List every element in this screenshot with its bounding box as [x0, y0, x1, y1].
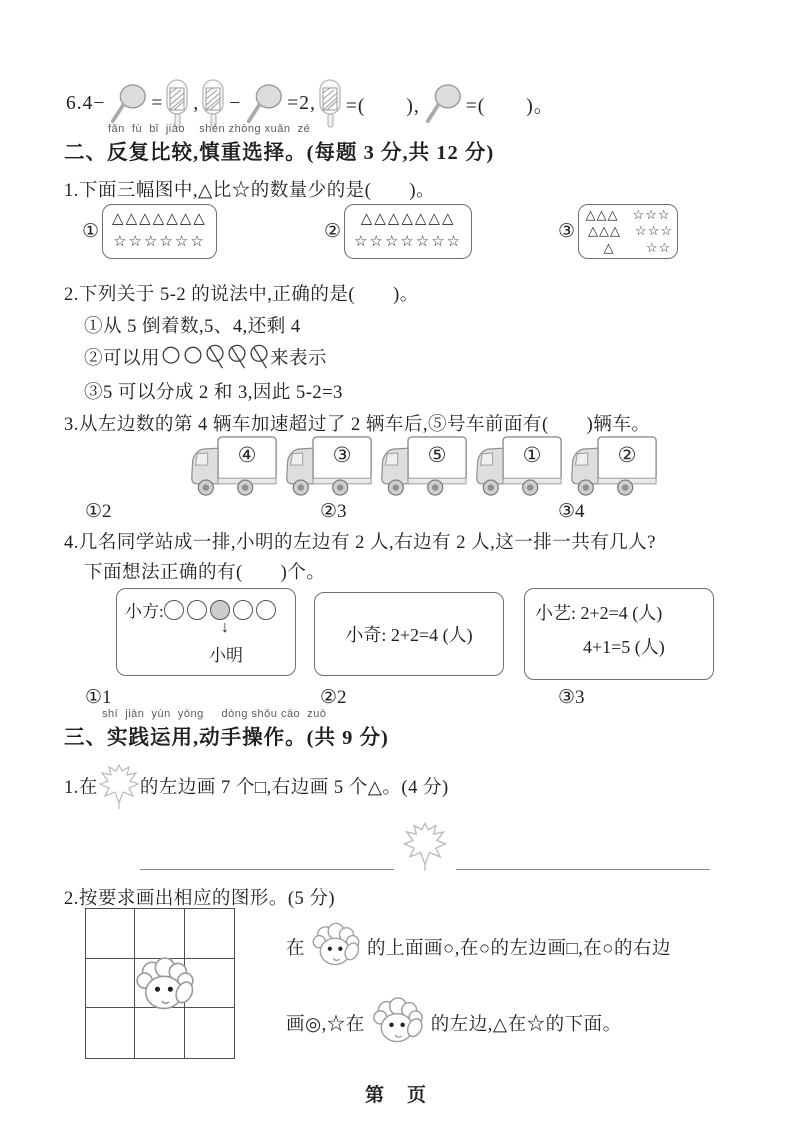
grid-cell	[135, 909, 184, 959]
circle-icon	[160, 345, 182, 369]
star-cluster: ☆☆☆ ☆☆☆ ☆☆	[630, 207, 673, 256]
racket-icon	[422, 82, 464, 126]
s3q1-prefix: 1.在	[64, 773, 98, 799]
truck-number: ④	[218, 443, 276, 468]
xiaofang-name: 小方:	[125, 597, 164, 622]
crossed-circle-icon	[248, 344, 270, 371]
truck-number: ⑤	[408, 443, 466, 468]
circle-icon	[256, 600, 276, 620]
grid-cell	[86, 1008, 135, 1058]
q3-option-1: ①2	[85, 500, 112, 523]
q4-box-xiaoyi: 小艺: 2+2=4 (人) 4+1=5 (人)	[524, 588, 714, 680]
xiaoyi-line-2: 4+1=5 (人)	[583, 633, 713, 659]
triangle-cluster: △△△ △△△ △	[583, 207, 621, 256]
section-3-title: 三、实践运用,动手操作。(共 9 分)	[64, 720, 389, 750]
triangle-row: △△△	[583, 223, 621, 239]
q1-option-2-label: ②	[324, 220, 341, 243]
truck: ⑤	[378, 434, 468, 498]
s3q1-answer-area	[140, 818, 710, 870]
star-row: ☆☆☆	[630, 207, 673, 223]
section-3-question-1: 1.在 的左边画 7 个□,右边画 5 个△。(4 分)	[64, 760, 449, 812]
trucks-row: ④ ③ ⑤	[188, 434, 658, 498]
section-2-header: fǎn fù bǐ jiào shèn zhòng xuǎn zé 二、反复比较…	[64, 123, 494, 165]
q1-option-1-box: △△△△△△△ ☆☆☆☆☆☆	[102, 204, 217, 259]
q6-blank-2: =( )。	[466, 90, 555, 118]
q6-text-3: ,	[193, 93, 199, 115]
circle-icon	[233, 600, 253, 620]
q4-option-2: ②2	[320, 686, 347, 709]
circle-icon	[187, 600, 207, 620]
s3q2-line-1: 在 的上面画○,在○的左边画□,在○的右边	[286, 918, 786, 976]
xiaoming-label: 小明	[209, 641, 243, 666]
q1-option-3-box: △△△ △△△ △ ☆☆☆ ☆☆☆ ☆☆	[578, 204, 678, 259]
q2-option-2-prefix: ②可以用	[84, 344, 160, 370]
q6-text-4: −	[229, 93, 241, 115]
xiaofang-row: 小方:	[117, 589, 295, 622]
q6-blank-1: =( ),	[346, 90, 420, 118]
circle-icon	[182, 345, 204, 369]
q4-box-xiaofang: 小方: ↓ 小明	[116, 588, 296, 676]
drawing-grid	[85, 908, 235, 1059]
answer-line-right	[456, 869, 710, 870]
s3q2-line2-part1: 画◎,☆在	[286, 1010, 365, 1036]
worksheet-page: 6.4− = , − =2, =(	[0, 0, 793, 1122]
q2-option-1: ①从 5 倒着数,5、4,还剩 4	[84, 312, 301, 338]
s3q2-line2-part2: 的左边,△在☆的下面。	[431, 1010, 622, 1036]
q3-option-2: ②3	[320, 500, 347, 523]
question-1-text: 1.下面三幅图中,△比☆的数量少的是( )。	[64, 176, 435, 202]
q2-option-2-suffix: 来表示	[270, 344, 327, 370]
grid-cell	[86, 909, 135, 959]
q1-option-3: ③ △△△ △△△ △ ☆☆☆ ☆☆☆ ☆☆	[558, 204, 678, 259]
triangle-row: △△△	[583, 207, 621, 223]
question-4-line-1: 4.几名同学站成一排,小明的左边有 2 人,右边有 2 人,这一排一共有几人?	[64, 528, 656, 554]
sheep-icon	[308, 922, 364, 972]
s3q2-line1-part1: 在	[286, 934, 305, 960]
crossed-circle-icon	[204, 344, 226, 371]
s3q2-instructions: 在 的上面画○,在○的左边画□,在○的右边 画◎,☆在	[286, 918, 786, 1052]
q1-option-3-label: ③	[558, 220, 575, 243]
star-row: ☆☆☆☆☆☆	[112, 231, 207, 254]
truck: ③	[283, 434, 373, 498]
q4-option-3: ③3	[558, 686, 585, 709]
s3q2-line-2: 画◎,☆在 的左边,△在☆的下面。	[286, 994, 786, 1052]
section-2-title: 二、反复比较,慎重选择。(每题 3 分,共 12 分)	[64, 135, 494, 165]
sheep-icon	[368, 997, 428, 1049]
crossed-circle-icon	[226, 344, 248, 371]
sheep-icon	[130, 957, 200, 1017]
q2-option-2: ②可以用 来表示	[84, 342, 327, 372]
q4-option-1: ①1	[85, 686, 112, 709]
q4-box-xiaoqi: 小奇: 2+2=4 (人)	[314, 592, 504, 676]
racket-icon	[107, 82, 149, 126]
grid-cell	[185, 909, 234, 959]
q2-option-3: ③5 可以分成 2 和 3,因此 5-2=3	[84, 378, 343, 404]
racket-icon	[243, 82, 285, 126]
triangle-row: △△△△△△△	[112, 208, 207, 231]
truck: ④	[188, 434, 278, 498]
question-4-line-2: 下面想法正确的有( )个。	[84, 558, 325, 584]
section-3-header: shí jiàn yùn yòng dòng shǒu cāo zuò 三、实践…	[64, 708, 389, 750]
triangle-row: △	[583, 240, 621, 256]
truck-number: ③	[313, 443, 371, 468]
maple-leaf-icon	[98, 762, 140, 810]
s3q1-suffix: 的左边画 7 个□,右边画 5 个△。(4 分)	[140, 773, 449, 799]
truck-number: ①	[503, 443, 561, 468]
question-3-text: 3.从左边数的第 4 辆车加速超过了 2 辆车后,⑤号车前面有( )辆车。	[64, 410, 650, 436]
q3-option-3: ③4	[558, 500, 585, 523]
truck: ②	[568, 434, 658, 498]
question-2-text: 2.下列关于 5-2 的说法中,正确的是( )。	[64, 280, 419, 306]
xiaoqi-text: 小奇: 2+2=4 (人)	[345, 621, 472, 647]
q6-text-2: =	[151, 93, 163, 115]
question-4-boxes: 小方: ↓ 小明 小奇: 2+2=4 (人) 小艺: 2+2=4 (人) 4+1…	[0, 588, 793, 684]
circle-icon	[164, 600, 184, 620]
q6-text-1: 6.4−	[66, 93, 105, 115]
s3q2-line1-part2: 的上面画○,在○的左边画□,在○的右边	[367, 934, 671, 960]
triangle-row: △△△△△△△	[354, 208, 462, 231]
q1-option-1-label: ①	[82, 220, 99, 243]
down-arrow-icon: ↓	[221, 619, 229, 637]
star-row: ☆☆☆☆☆☆☆	[354, 231, 462, 254]
section-2-pinyin: fǎn fù bǐ jiào shèn zhòng xuǎn zé	[108, 123, 494, 135]
maple-leaf-icon	[402, 820, 448, 872]
star-row: ☆☆☆	[630, 223, 673, 239]
grid-cell	[86, 959, 135, 1009]
q1-option-2: ② △△△△△△△ ☆☆☆☆☆☆☆	[324, 204, 472, 259]
section-3-pinyin: shí jiàn yùn yòng dòng shǒu cāo zuò	[102, 708, 389, 720]
xiaoyi-line-1: 小艺: 2+2=4 (人)	[535, 599, 713, 625]
page-footer: 第 页	[0, 1080, 793, 1107]
truck: ①	[473, 434, 563, 498]
question-1-options: ① △△△△△△△ ☆☆☆☆☆☆ ② △△△△△△△ ☆☆☆☆☆☆☆ ③ △△△…	[64, 202, 770, 276]
truck-number: ②	[598, 443, 656, 468]
q1-option-2-box: △△△△△△△ ☆☆☆☆☆☆☆	[344, 204, 472, 259]
q1-option-1: ① △△△△△△△ ☆☆☆☆☆☆	[82, 204, 217, 259]
star-row: ☆☆	[630, 240, 673, 256]
q6-text-5: =2,	[287, 93, 316, 115]
filled-circle-icon	[210, 600, 230, 620]
answer-line-left	[140, 869, 394, 870]
section-3-question-2-text: 2.按要求画出相应的图形。(5 分)	[64, 884, 335, 910]
